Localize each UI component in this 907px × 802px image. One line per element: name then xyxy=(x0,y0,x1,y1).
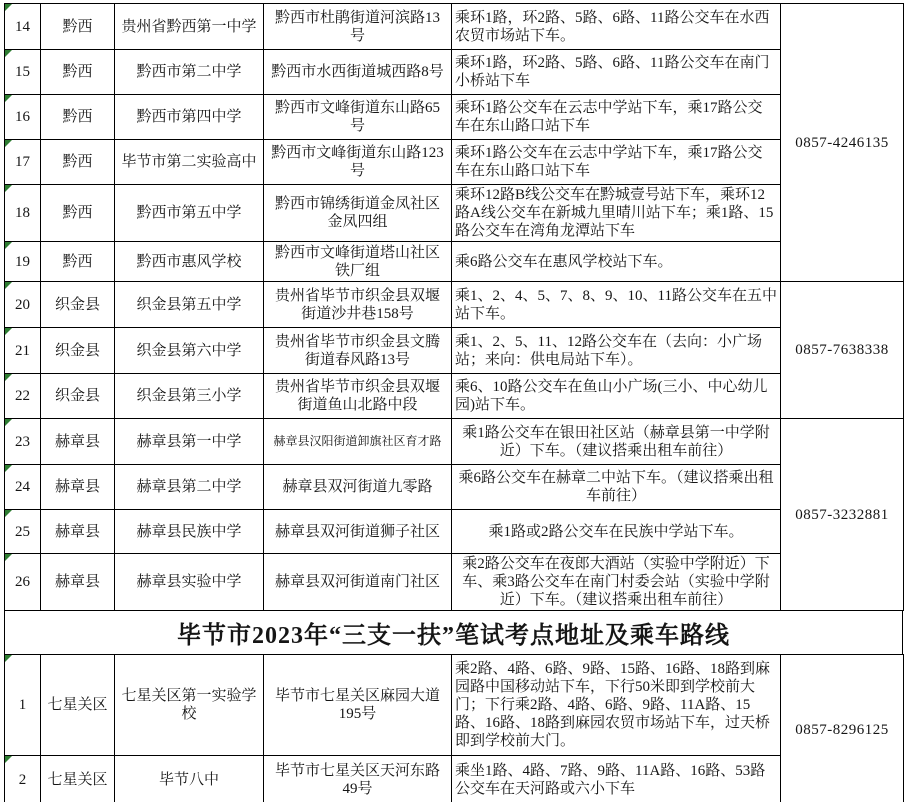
cell-route: 乘1路或2路公交车在民族中学站下车。 xyxy=(452,510,781,554)
row-number: 15 xyxy=(15,64,30,80)
cell-num: 22 xyxy=(5,374,41,419)
row-number: 19 xyxy=(15,254,30,270)
cell-district: 赫章县 xyxy=(41,465,115,510)
cell-address: 黔西市水西街道城西路8号 xyxy=(264,50,452,95)
excel-corner-marker-icon xyxy=(5,328,12,335)
table-row: 22 织金县 织金县第三小学 贵州省毕节市织金县双堰街道鱼山北路中段 乘6、10… xyxy=(5,374,904,419)
cell-num: 2 xyxy=(5,756,41,802)
cell-route: 乘环1路公交车在云志中学站下车，乘17路公交车在东山路口站下车 xyxy=(452,140,781,185)
cell-route: 乘6路公交车在赫章二中站下车。（建议搭乘出租车前往） xyxy=(452,465,781,510)
cell-route: 乘1、2、4、5、7、8、9、10、11路公交车在五中站下车。 xyxy=(452,282,781,328)
cell-district: 织金县 xyxy=(41,374,115,419)
row-number: 26 xyxy=(15,574,30,590)
cell-address: 毕节市七星关区麻园大道195号 xyxy=(264,655,452,756)
table-row: 19 黔西 黔西市惠风学校 黔西市文峰街道塔山社区铁厂组 乘6路公交车在惠风学校… xyxy=(5,242,904,282)
cell-route: 乘6、10路公交车在鱼山小广场(三小、中心幼儿园)站下车。 xyxy=(452,374,781,419)
cell-route: 乘环1路公交车在云志中学站下车，乘17路公交车在东山路口站下车 xyxy=(452,95,781,140)
table-row: 23 赫章县 赫章县第一中学 赫章县汉阳街道卸旗社区育才路 乘1路公交车在银田社… xyxy=(5,419,904,465)
table-row: 1 七星关区 七星关区第一实验学校 毕节市七星关区麻园大道195号 乘2路、4路… xyxy=(5,655,904,756)
cell-district: 黔西 xyxy=(41,242,115,282)
cell-num: 15 xyxy=(5,50,41,95)
exam-table-lower: 1 七星关区 七星关区第一实验学校 毕节市七星关区麻园大道195号 乘2路、4路… xyxy=(4,654,904,802)
excel-corner-marker-icon xyxy=(5,374,12,381)
cell-district: 七星关区 xyxy=(41,756,115,802)
cell-num: 1 xyxy=(5,655,41,756)
cell-school: 赫章县第一中学 xyxy=(115,419,264,465)
cell-address: 赫章县双河街道南门社区 xyxy=(264,554,452,611)
excel-corner-marker-icon xyxy=(5,140,12,147)
cell-address: 贵州省毕节市织金县双堰街道鱼山北路中段 xyxy=(264,374,452,419)
cell-address: 黔西市锦绣街道金凤社区金凤四组 xyxy=(264,185,452,242)
table-row: 16 黔西 黔西市第四中学 黔西市文峰街道东山路65号 乘环1路公交车在云志中学… xyxy=(5,95,904,140)
row-number: 22 xyxy=(15,388,30,404)
document-body: 14 黔西 贵州省黔西第一中学 黔西市杜鹃街道河滨路13号 乘环1路，环2路、5… xyxy=(4,3,903,802)
cell-address: 黔西市文峰街道东山路123号 xyxy=(264,140,452,185)
table-row: 26 赫章县 赫章县实验中学 赫章县双河街道南门社区 乘2路公交车在夜郎大酒站（… xyxy=(5,554,904,611)
excel-corner-marker-icon xyxy=(5,756,12,763)
table-row: 2 七星关区 毕节八中 毕节市七星关区天河东路49号 乘坐1路、4路、7路、9路… xyxy=(5,756,904,802)
cell-num: 14 xyxy=(5,4,41,50)
cell-phone: 0857-4246135 xyxy=(781,4,904,282)
excel-corner-marker-icon xyxy=(5,242,12,249)
cell-num: 21 xyxy=(5,328,41,374)
cell-phone: 0857-3232881 xyxy=(781,419,904,611)
row-number: 23 xyxy=(15,434,30,450)
cell-address: 贵州省毕节市织金县双堰街道沙井巷158号 xyxy=(264,282,452,328)
excel-corner-marker-icon xyxy=(5,655,12,662)
cell-school: 七星关区第一实验学校 xyxy=(115,655,264,756)
cell-school: 黔西市第四中学 xyxy=(115,95,264,140)
cell-address: 贵州省毕节市织金县文腾街道春风路13号 xyxy=(264,328,452,374)
cell-district: 黔西 xyxy=(41,50,115,95)
cell-school: 黔西市第五中学 xyxy=(115,185,264,242)
cell-school: 黔西市惠风学校 xyxy=(115,242,264,282)
table-row: 14 黔西 贵州省黔西第一中学 黔西市杜鹃街道河滨路13号 乘环1路，环2路、5… xyxy=(5,4,904,50)
row-number: 25 xyxy=(15,524,30,540)
cell-route: 乘1路公交车在银田社区站（赫章县第一中学附近）下车。（建议搭乘出租车前往） xyxy=(452,419,781,465)
cell-route: 乘2路公交车在夜郎大酒站（实验中学附近）下车、乘3路公交车在南门村委会站（实验中… xyxy=(452,554,781,611)
cell-address: 赫章县双河街道九零路 xyxy=(264,465,452,510)
row-number: 20 xyxy=(15,297,30,313)
cell-num: 24 xyxy=(5,465,41,510)
excel-corner-marker-icon xyxy=(5,185,12,192)
cell-school: 黔西市第二中学 xyxy=(115,50,264,95)
cell-district: 黔西 xyxy=(41,4,115,50)
cell-address: 黔西市文峰街道塔山社区铁厂组 xyxy=(264,242,452,282)
cell-district: 赫章县 xyxy=(41,419,115,465)
cell-num: 26 xyxy=(5,554,41,611)
cell-num: 25 xyxy=(5,510,41,554)
table-row: 15 黔西 黔西市第二中学 黔西市水西街道城西路8号 乘环1路，环2路、5路、6… xyxy=(5,50,904,95)
excel-corner-marker-icon xyxy=(5,465,12,472)
cell-school: 织金县第三小学 xyxy=(115,374,264,419)
cell-phone: 0857-7638338 xyxy=(781,282,904,419)
table-row: 20 织金县 织金县第五中学 贵州省毕节市织金县双堰街道沙井巷158号 乘1、2… xyxy=(5,282,904,328)
cell-school: 贵州省黔西第一中学 xyxy=(115,4,264,50)
table-row: 25 赫章县 赫章县民族中学 赫章县双河街道狮子社区 乘1路或2路公交车在民族中… xyxy=(5,510,904,554)
excel-corner-marker-icon xyxy=(5,4,12,11)
cell-district: 黔西 xyxy=(41,185,115,242)
cell-route: 乘环1路，环2路、5路、6路、11路公交车在水西农贸市场站下车。 xyxy=(452,4,781,50)
cell-district: 织金县 xyxy=(41,328,115,374)
excel-corner-marker-icon xyxy=(5,419,12,426)
cell-district: 织金县 xyxy=(41,282,115,328)
cell-num: 16 xyxy=(5,95,41,140)
cell-route: 乘坐1路、4路、7路、9路、11A路、16路、53路公交车在天河路或六小下车 xyxy=(452,756,781,802)
excel-corner-marker-icon xyxy=(5,510,12,517)
cell-num: 19 xyxy=(5,242,41,282)
cell-address: 毕节市七星关区天河东路49号 xyxy=(264,756,452,802)
cell-route: 乘环1路，环2路、5路、6路、11路公交车在南门小桥站下车 xyxy=(452,50,781,95)
cell-num: 23 xyxy=(5,419,41,465)
row-number: 16 xyxy=(15,109,30,125)
excel-corner-marker-icon xyxy=(5,50,12,57)
excel-corner-marker-icon xyxy=(5,554,12,561)
cell-num: 18 xyxy=(5,185,41,242)
cell-num: 17 xyxy=(5,140,41,185)
cell-district: 赫章县 xyxy=(41,510,115,554)
row-number: 21 xyxy=(15,343,30,359)
cell-route: 乘2路、4路、6路、9路、15路、16路、18路到麻园路中国移动站下车，下行50… xyxy=(452,655,781,756)
section-title: 毕节市2023年“三支一扶”笔试考点地址及乘车路线 xyxy=(4,611,903,655)
cell-school: 赫章县第二中学 xyxy=(115,465,264,510)
cell-address: 赫章县双河街道狮子社区 xyxy=(264,510,452,554)
row-number: 18 xyxy=(15,205,30,221)
cell-address: 黔西市文峰街道东山路65号 xyxy=(264,95,452,140)
cell-district: 七星关区 xyxy=(41,655,115,756)
table-row: 17 黔西 毕节市第二实验高中 黔西市文峰街道东山路123号 乘环1路公交车在云… xyxy=(5,140,904,185)
cell-district: 赫章县 xyxy=(41,554,115,611)
table-row: 18 黔西 黔西市第五中学 黔西市锦绣街道金凤社区金凤四组 乘环12路B线公交车… xyxy=(5,185,904,242)
cell-school: 毕节市第二实验高中 xyxy=(115,140,264,185)
exam-table-upper: 14 黔西 贵州省黔西第一中学 黔西市杜鹃街道河滨路13号 乘环1路，环2路、5… xyxy=(4,3,904,611)
cell-route: 乘1、2、5、11、12路公交车在（去向：小广场站；来向：供电局站下车）。 xyxy=(452,328,781,374)
excel-corner-marker-icon xyxy=(5,95,12,102)
row-number: 1 xyxy=(19,697,27,713)
row-number: 14 xyxy=(15,19,30,35)
cell-school: 赫章县实验中学 xyxy=(115,554,264,611)
cell-route: 乘环12路B线公交车在黔城壹号站下车，乘环12路A线公交车在新城九里晴川站下车；… xyxy=(452,185,781,242)
table-row: 24 赫章县 赫章县第二中学 赫章县双河街道九零路 乘6路公交车在赫章二中站下车… xyxy=(5,465,904,510)
cell-school: 赫章县民族中学 xyxy=(115,510,264,554)
cell-address: 赫章县汉阳街道卸旗社区育才路 xyxy=(264,419,452,465)
excel-corner-marker-icon xyxy=(5,282,12,289)
cell-num: 20 xyxy=(5,282,41,328)
cell-school: 织金县第五中学 xyxy=(115,282,264,328)
row-number: 2 xyxy=(19,772,27,788)
row-number: 24 xyxy=(15,479,30,495)
cell-phone: 0857-8296125 xyxy=(781,655,904,802)
cell-school: 织金县第六中学 xyxy=(115,328,264,374)
cell-address: 黔西市杜鹃街道河滨路13号 xyxy=(264,4,452,50)
table-row: 21 织金县 织金县第六中学 贵州省毕节市织金县文腾街道春风路13号 乘1、2、… xyxy=(5,328,904,374)
cell-district: 黔西 xyxy=(41,95,115,140)
cell-route: 乘6路公交车在惠风学校站下车。 xyxy=(452,242,781,282)
row-number: 17 xyxy=(15,154,30,170)
cell-school: 毕节八中 xyxy=(115,756,264,802)
cell-district: 黔西 xyxy=(41,140,115,185)
